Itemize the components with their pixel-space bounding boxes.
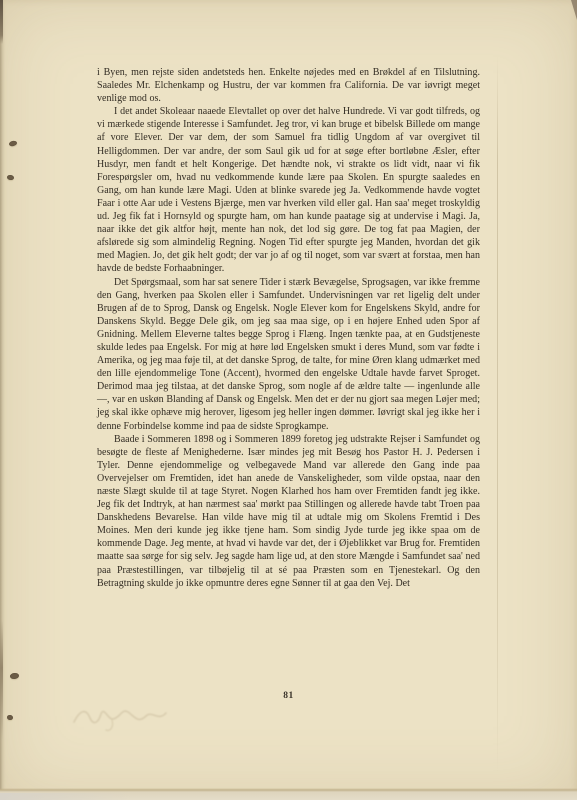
- paragraph: Baade i Sommeren 1898 og i Sommeren 1899…: [97, 433, 480, 590]
- paragraph: Det Spørgsmaal, som har sat senere Tider…: [97, 276, 480, 433]
- paragraph: i Byen, men rejste siden andetsteds hen.…: [97, 66, 480, 105]
- binding-hole: [10, 673, 20, 680]
- paragraph: I det andet Skoleaar naaede Elevtallet o…: [97, 105, 480, 275]
- binding-hole: [9, 140, 18, 147]
- page-left-edge-shadow-top: [0, 0, 3, 44]
- page-number: 81: [97, 691, 480, 701]
- page-crease-line: [497, 55, 498, 775]
- page-corner-shadow: [571, 0, 577, 20]
- handwriting-bleedthrough: [68, 696, 178, 736]
- page-text: i Byen, men rejste siden andetsteds hen.…: [97, 66, 480, 590]
- page-left-edge-shadow-bottom: [0, 620, 3, 740]
- scanner-background: [0, 793, 130, 800]
- binding-hole: [7, 175, 15, 181]
- book-page: i Byen, men rejste siden andetsteds hen.…: [0, 0, 577, 800]
- binding-hole: [7, 715, 14, 721]
